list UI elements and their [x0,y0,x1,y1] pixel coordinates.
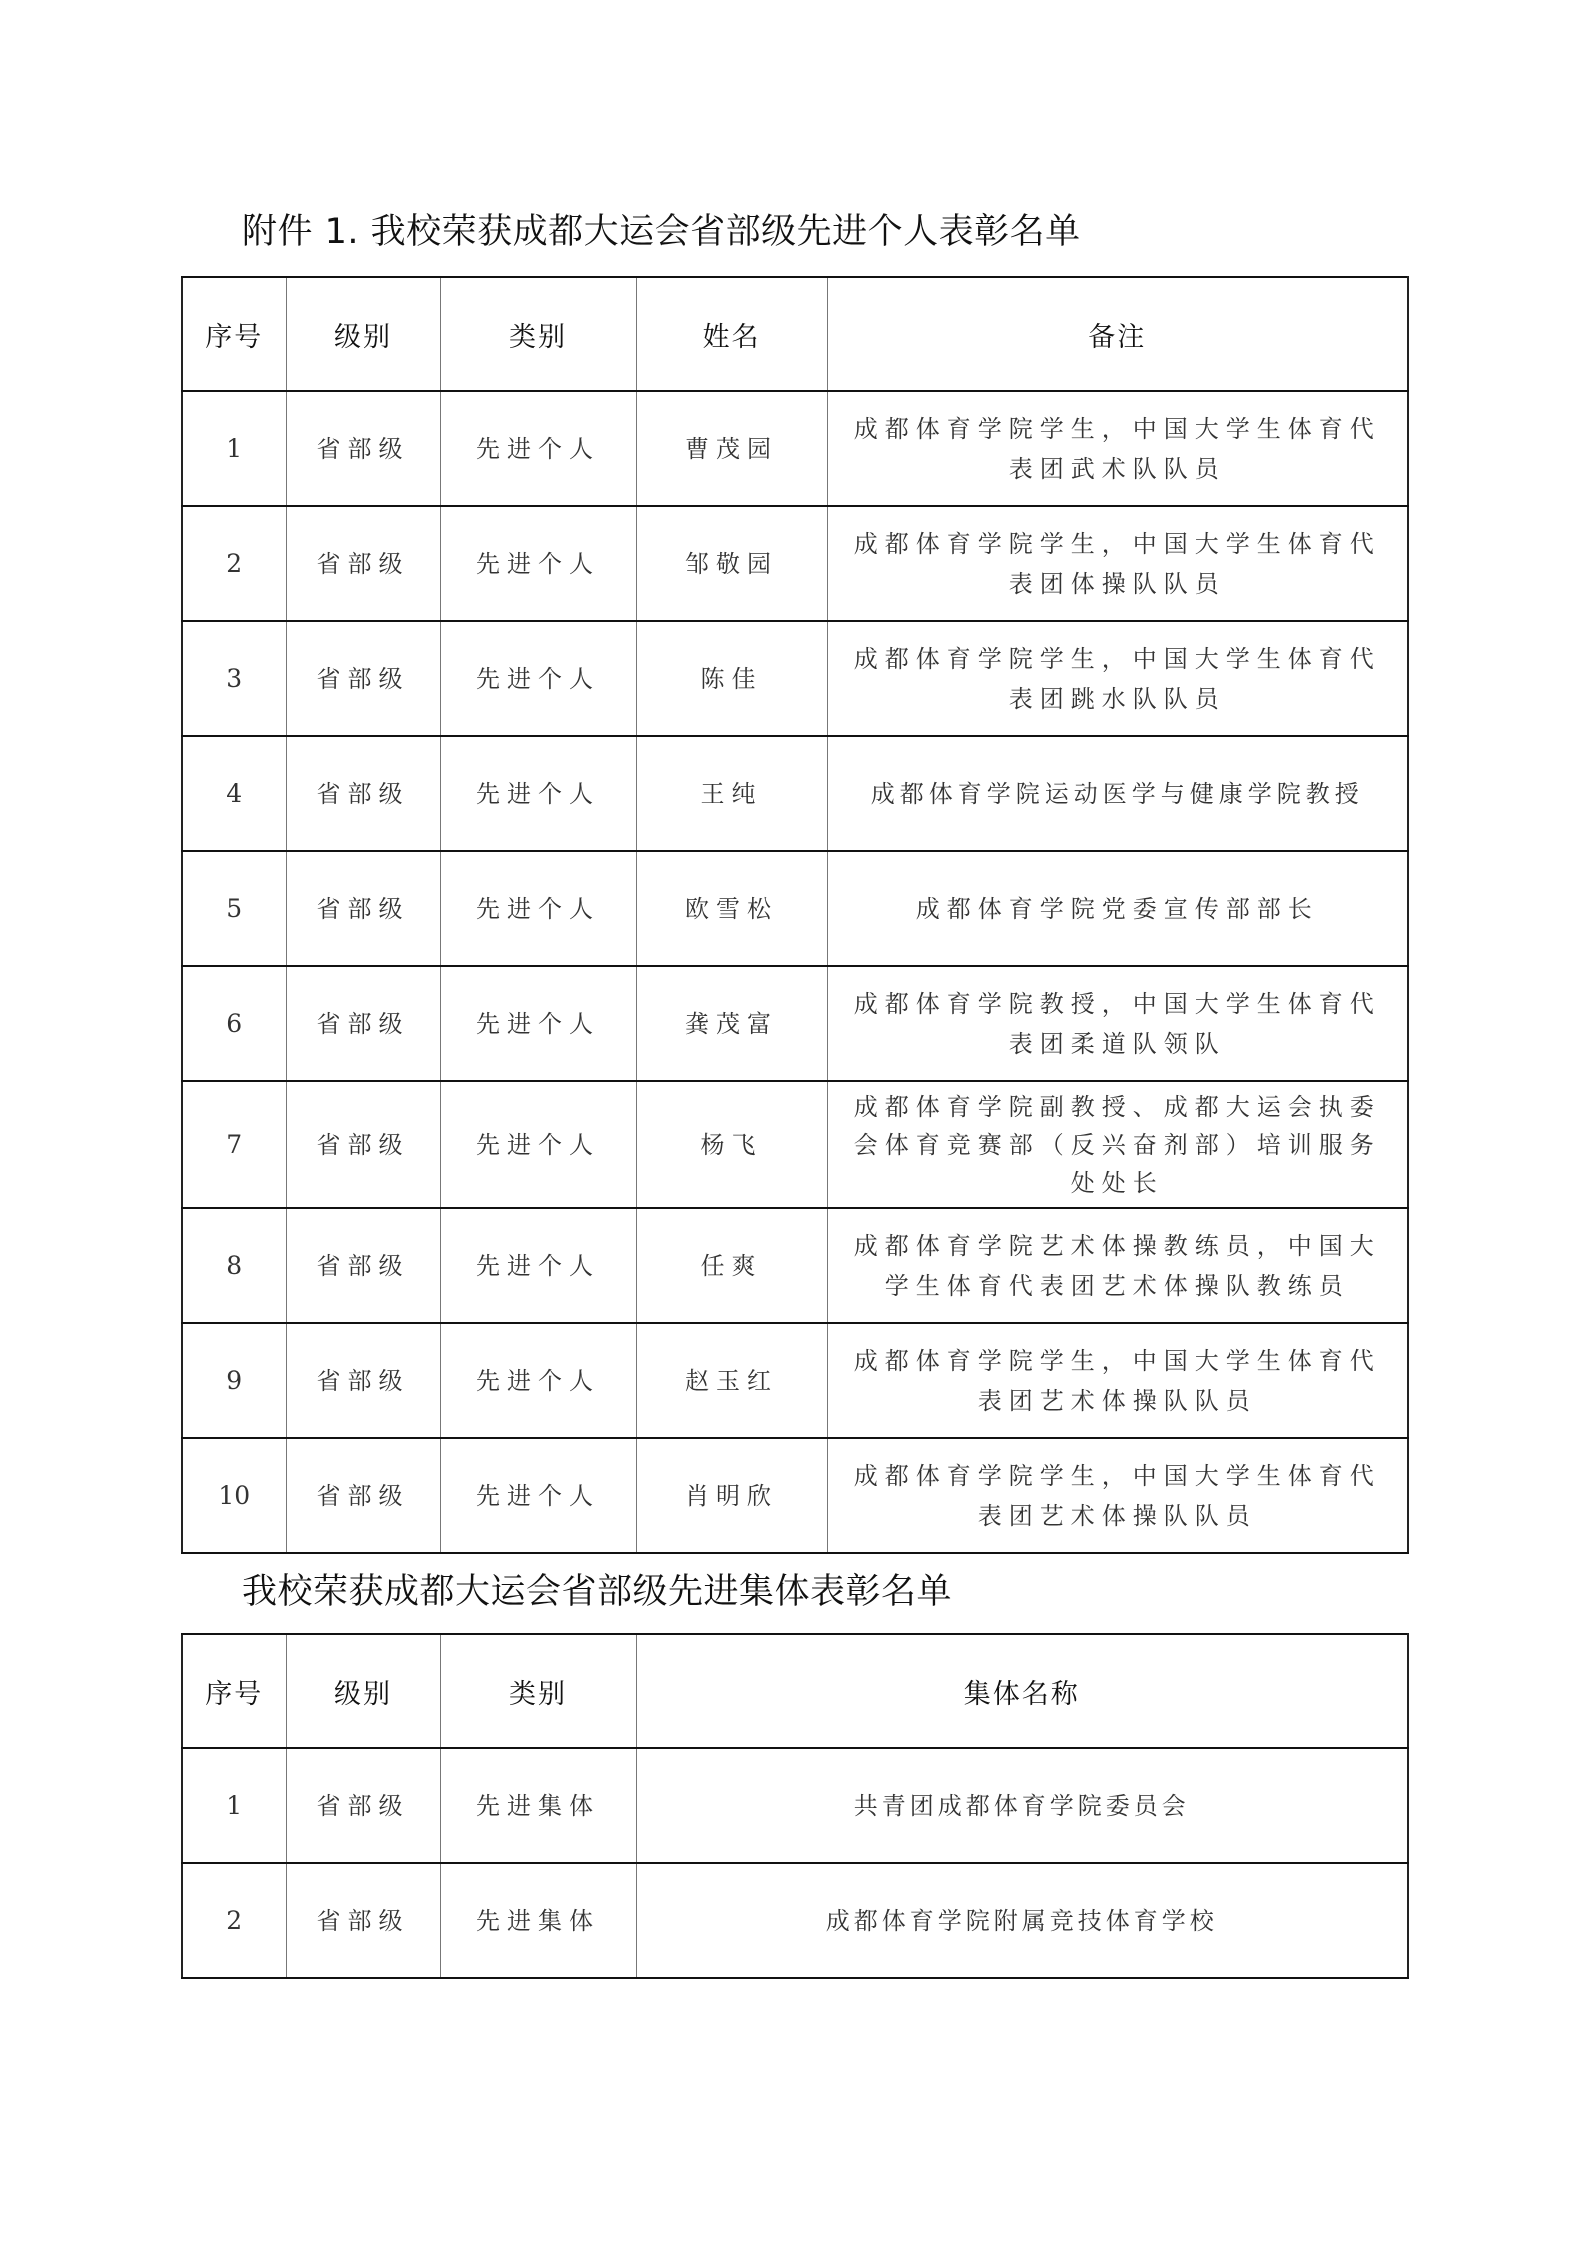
cell-collective-name: 共青团成都体育学院委员会 [636,1748,1408,1863]
header-level: 级别 [286,1634,440,1748]
cell-name: 曹茂园 [636,391,827,506]
cell-name: 王纯 [636,736,827,851]
cell-serial: 9 [182,1323,286,1438]
cell-name: 龚茂富 [636,966,827,1081]
header-name: 姓名 [636,277,827,391]
cell-type: 先进个人 [440,736,636,851]
cell-level: 省部级 [286,1748,440,1863]
cell-serial: 1 [182,391,286,506]
table-row: 1 省部级 先进个人 曹茂园 成都体育学院学生，中国大学生体育代表团武术队队员 [182,391,1408,506]
table-row: 2 省部级 先进个人 邹敬园 成都体育学院学生，中国大学生体育代表团体操队队员 [182,506,1408,621]
cell-level: 省部级 [286,851,440,966]
cell-level: 省部级 [286,1863,440,1978]
header-level: 级别 [286,277,440,391]
cell-serial: 6 [182,966,286,1081]
cell-level: 省部级 [286,391,440,506]
table-header-row: 序号 级别 类别 姓名 备注 [182,277,1408,391]
collective-honors-table: 序号 级别 类别 集体名称 1 省部级 先进集体 共青团成都体育学院委员会 2 … [181,1633,1409,1979]
cell-note: 成都体育学院党委宣传部部长 [827,851,1408,966]
cell-level: 省部级 [286,1323,440,1438]
cell-note: 成都体育学院教授，中国大学生体育代表团柔道队领队 [827,966,1408,1081]
table-row: 7 省部级 先进个人 杨飞 成都体育学院副教授、成都大运会执委会体育竞赛部（反兴… [182,1081,1408,1208]
cell-note: 成都体育学院学生，中国大学生体育代表团体操队队员 [827,506,1408,621]
cell-name: 邹敬园 [636,506,827,621]
cell-note: 成都体育学院副教授、成都大运会执委会体育竞赛部（反兴奋剂部）培训服务处处长 [827,1081,1408,1208]
cell-serial: 1 [182,1748,286,1863]
cell-name: 欧雪松 [636,851,827,966]
cell-type: 先进个人 [440,1323,636,1438]
cell-type: 先进个人 [440,621,636,736]
cell-type: 先进个人 [440,1208,636,1323]
cell-note: 成都体育学院学生，中国大学生体育代表团艺术体操队队员 [827,1438,1408,1553]
individual-honors-table: 序号 级别 类别 姓名 备注 1 省部级 先进个人 曹茂园 成都体育学院学生，中… [181,276,1409,1554]
cell-level: 省部级 [286,621,440,736]
cell-note: 成都体育学院学生，中国大学生体育代表团武术队队员 [827,391,1408,506]
cell-level: 省部级 [286,966,440,1081]
cell-serial: 8 [182,1208,286,1323]
cell-note: 成都体育学院运动医学与健康学院教授 [827,736,1408,851]
cell-serial: 2 [182,506,286,621]
header-collective-name: 集体名称 [636,1634,1408,1748]
header-serial: 序号 [182,1634,286,1748]
cell-level: 省部级 [286,1081,440,1208]
cell-level: 省部级 [286,1208,440,1323]
cell-level: 省部级 [286,506,440,621]
table-header-row: 序号 级别 类别 集体名称 [182,1634,1408,1748]
cell-type: 先进个人 [440,851,636,966]
table-row: 4 省部级 先进个人 王纯 成都体育学院运动医学与健康学院教授 [182,736,1408,851]
individual-list-title: 附件 1. 我校荣获成都大运会省部级先进个人表彰名单 [242,212,1081,252]
cell-name: 肖明欣 [636,1438,827,1553]
header-type: 类别 [440,1634,636,1748]
cell-type: 先进个人 [440,391,636,506]
cell-type: 先进个人 [440,506,636,621]
cell-name: 赵玉红 [636,1323,827,1438]
cell-serial: 7 [182,1081,286,1208]
header-serial: 序号 [182,277,286,391]
cell-note: 成都体育学院学生，中国大学生体育代表团跳水队队员 [827,621,1408,736]
cell-name: 任爽 [636,1208,827,1323]
cell-type: 先进集体 [440,1863,636,1978]
cell-note: 成都体育学院艺术体操教练员，中国大学生体育代表团艺术体操队教练员 [827,1208,1408,1323]
table-row: 9 省部级 先进个人 赵玉红 成都体育学院学生，中国大学生体育代表团艺术体操队队… [182,1323,1408,1438]
header-note: 备注 [827,277,1408,391]
cell-name: 杨飞 [636,1081,827,1208]
cell-note: 成都体育学院学生，中国大学生体育代表团艺术体操队队员 [827,1323,1408,1438]
cell-type: 先进个人 [440,1438,636,1553]
header-type: 类别 [440,277,636,391]
table-row: 10 省部级 先进个人 肖明欣 成都体育学院学生，中国大学生体育代表团艺术体操队… [182,1438,1408,1553]
table-row: 8 省部级 先进个人 任爽 成都体育学院艺术体操教练员，中国大学生体育代表团艺术… [182,1208,1408,1323]
cell-type: 先进集体 [440,1748,636,1863]
table-row: 6 省部级 先进个人 龚茂富 成都体育学院教授，中国大学生体育代表团柔道队领队 [182,966,1408,1081]
cell-serial: 5 [182,851,286,966]
cell-serial: 4 [182,736,286,851]
cell-level: 省部级 [286,1438,440,1553]
table-row: 5 省部级 先进个人 欧雪松 成都体育学院党委宣传部部长 [182,851,1408,966]
collective-list-title: 我校荣获成都大运会省部级先进集体表彰名单 [242,1572,952,1612]
cell-type: 先进个人 [440,1081,636,1208]
cell-name: 陈佳 [636,621,827,736]
table-row: 2 省部级 先进集体 成都体育学院附属竞技体育学校 [182,1863,1408,1978]
cell-serial: 10 [182,1438,286,1553]
table-row: 1 省部级 先进集体 共青团成都体育学院委员会 [182,1748,1408,1863]
cell-serial: 3 [182,621,286,736]
cell-serial: 2 [182,1863,286,1978]
table-row: 3 省部级 先进个人 陈佳 成都体育学院学生，中国大学生体育代表团跳水队队员 [182,621,1408,736]
cell-collective-name: 成都体育学院附属竞技体育学校 [636,1863,1408,1978]
cell-level: 省部级 [286,736,440,851]
cell-type: 先进个人 [440,966,636,1081]
